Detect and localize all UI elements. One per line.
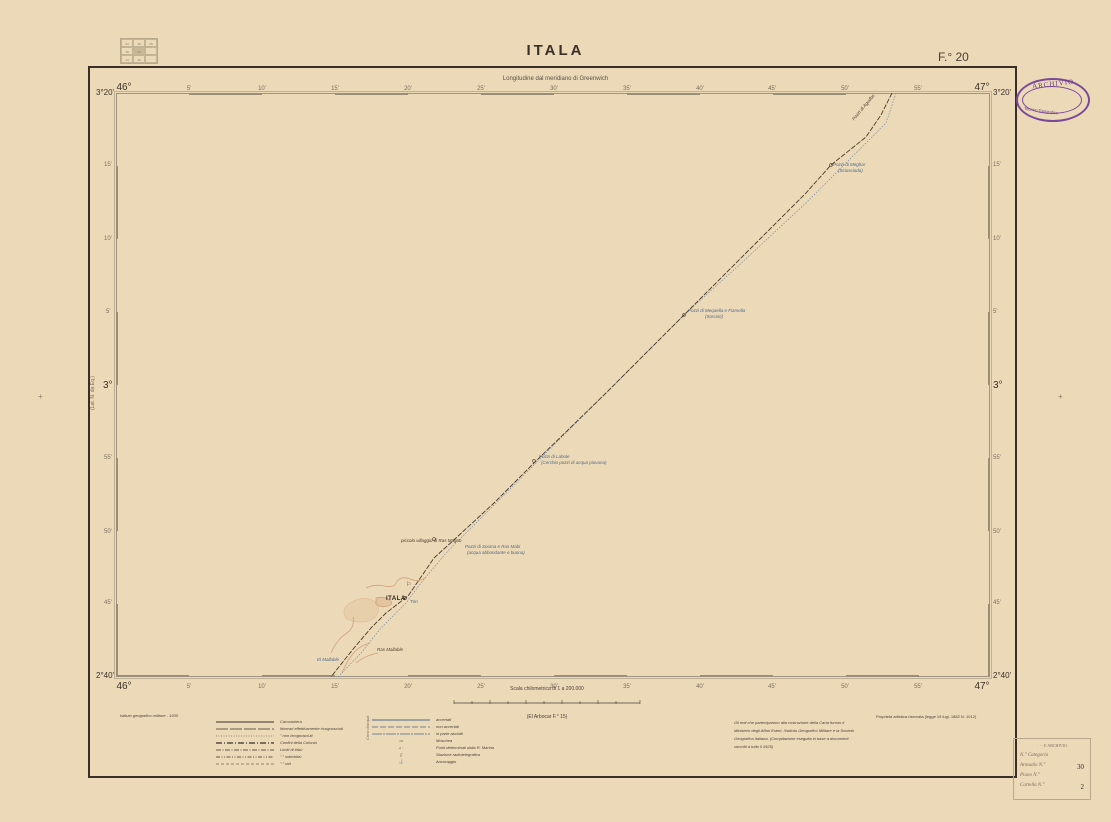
- bottom-tick: 55': [914, 684, 922, 690]
- legend-symbol: [372, 732, 430, 736]
- left-tick: 3°20': [96, 88, 114, 97]
- right-tick: 55': [993, 455, 1001, 461]
- right-tick: 15': [993, 162, 1001, 168]
- top-tick: 40': [696, 86, 704, 92]
- archive-box-title: · · · E ARCHIVIO: [1020, 743, 1084, 753]
- legend-label: Ancoraggio: [436, 759, 456, 764]
- legend-symbol: [216, 762, 274, 766]
- legend-item: ▭ Moschea: [372, 737, 494, 744]
- anchor-icon: ⚓: [372, 759, 430, 764]
- legend-label: " " rari: [280, 761, 291, 766]
- place-label: Pozzi di Meqaella e Fiarsella: [688, 308, 745, 313]
- legend-item: ▯ Stazione radiotelegrafica: [372, 751, 494, 758]
- map-body: ⚐: [116, 93, 990, 677]
- legend-label: Confini della Colonia: [280, 740, 317, 745]
- legend-item: non accertati: [372, 723, 494, 730]
- archive-row: Piano N.°: [1020, 773, 1084, 783]
- legend-symbol: [372, 718, 430, 722]
- legend-symbol: [216, 748, 274, 752]
- place-label: Pozzi di Meghar: [833, 162, 865, 167]
- place-label: Pozzi di Sooma e Ras Mabi: [465, 544, 520, 549]
- scale-title: Scala chilometrica di 1 a 200.000: [452, 686, 642, 692]
- mosque-icon: ▭: [372, 738, 430, 743]
- legend-symbol: [216, 720, 274, 724]
- graticule-bars: [116, 94, 989, 677]
- legend-symbol: [216, 741, 274, 745]
- left-tick: 5': [106, 309, 110, 315]
- archive-row: Armadio N.°30: [1020, 763, 1084, 773]
- legend-label: in parte asciutti: [436, 731, 463, 736]
- bottom-tick: 20': [404, 684, 412, 690]
- copyright-note: Proprietà artistica riservata (legge 19 …: [876, 714, 976, 719]
- bottom-tick: 47°: [974, 681, 989, 692]
- top-tick: 10': [258, 86, 266, 92]
- place-label: Tòn: [410, 599, 418, 604]
- legend-item: " " rari: [216, 760, 343, 767]
- coastline: [338, 93, 896, 677]
- archive-row-label: Armadio N.°: [1020, 763, 1045, 773]
- archive-row: Cartella N.°2: [1020, 783, 1084, 793]
- radio-station-icon: ▯: [372, 752, 430, 757]
- bottom-tick: 45': [768, 684, 776, 690]
- scale-ruler: [452, 699, 642, 705]
- place-label: piccolo villaggio di Ras Magno: [401, 538, 462, 543]
- survey-point-icon: ▵ ·: [372, 745, 430, 750]
- place-sublabel: (Sorcinti): [705, 314, 723, 319]
- place-label: Pozzi di Lahole: [539, 454, 570, 459]
- top-tick: 55': [914, 86, 922, 92]
- survey-note: Istituto geografico militare - 1930: [120, 713, 178, 718]
- top-tick: 46°: [116, 82, 131, 93]
- archive-row-label: Piano N.°: [1020, 773, 1040, 783]
- bottom-tick: 46°: [116, 681, 131, 692]
- top-tick: 50': [841, 86, 849, 92]
- legend-label: " " sottotribù: [280, 754, 302, 759]
- archive-row-value: 30: [1077, 763, 1084, 773]
- place-label: El Mallable: [317, 657, 339, 662]
- credits-note: Gli enti che parteciparono alla costruzi…: [734, 719, 854, 751]
- left-tick: 10': [104, 236, 112, 242]
- right-tick: 50': [993, 529, 1001, 535]
- legend-group-label: Corsi d'acqua: [365, 716, 370, 740]
- right-tick: 3°: [993, 380, 1003, 391]
- place-sublabel: (Scioscioda): [838, 168, 863, 173]
- legend-item: ▵ · Punti determinati dalla R. Marina: [372, 744, 494, 751]
- legend-item: " non ricognosciuti: [216, 732, 343, 739]
- legend-symbol: [216, 734, 274, 738]
- legend-symbol: [216, 755, 274, 759]
- legend-symbol: [216, 727, 274, 731]
- legend-label: accertati: [436, 717, 451, 722]
- town-label-itala: ITALA: [386, 596, 406, 602]
- registration-mark-icon: +: [38, 392, 43, 401]
- archive-row-label: N.° Categoria: [1020, 753, 1048, 763]
- left-tick: 45': [104, 600, 112, 606]
- scale-bar: Scala chilometrica di 1 a 200.000 (El Ar…: [452, 686, 642, 720]
- legend-item: Carovaniera: [216, 718, 343, 725]
- top-tick: 35': [623, 86, 631, 92]
- archive-catalog-box: · · · E ARCHIVIO N.° Categoria Armadio N…: [1013, 738, 1091, 800]
- right-tick: 5': [993, 309, 997, 315]
- bottom-tick: 40': [696, 684, 704, 690]
- top-tick: 45': [768, 86, 776, 92]
- legend-label: Punti determinati dalla R. Marina: [436, 745, 494, 750]
- bottom-tick: 50': [841, 684, 849, 690]
- top-tick: 20': [404, 86, 412, 92]
- legend-item: Confini della Colonia: [216, 739, 343, 746]
- top-tick: 25': [477, 86, 485, 92]
- right-tick: 2°40': [993, 671, 1011, 680]
- legend-label: " non ricognosciuti: [280, 733, 313, 738]
- legend-item: in parte asciutti: [372, 730, 494, 737]
- legend-label: Moschea: [436, 738, 452, 743]
- top-tick: 47°: [974, 82, 989, 93]
- archive-row-value: 2: [1081, 783, 1085, 793]
- left-tick: 55': [104, 455, 112, 461]
- legend-label: Stazione radiotelegrafica: [436, 752, 480, 757]
- top-tick: 15': [331, 86, 339, 92]
- left-tick: 2°40': [96, 671, 114, 680]
- archive-row: N.° Categoria: [1020, 753, 1084, 763]
- legend-item: ⚓ Ancoraggio: [372, 758, 494, 765]
- legend-item: Limiti di tribù: [216, 746, 343, 753]
- bottom-tick: 10': [258, 684, 266, 690]
- legend-label: Limiti di tribù: [280, 747, 302, 752]
- registration-mark-icon: +: [1058, 392, 1063, 401]
- caravan-route: [331, 93, 892, 677]
- sheet-number: F.° 20: [938, 50, 969, 64]
- right-tick: 10': [993, 236, 1001, 242]
- legend-symbol: [372, 725, 430, 729]
- top-tick: 5': [187, 86, 191, 92]
- legend-item: accertati: [372, 716, 494, 723]
- latitude-label: (Lat. N. da Eq.): [90, 376, 96, 410]
- legend-water: accertati non accertati in parte asciutt…: [372, 716, 494, 765]
- legend-routes: Carovaniera Itinerari effettivamente ric…: [216, 718, 343, 767]
- flag-icon: ⚐: [406, 581, 411, 588]
- legend-item: Itinerari effettivamente ricognosciuti: [216, 725, 343, 732]
- legend-label: non accertati: [436, 724, 459, 729]
- left-tick: 3°: [103, 380, 113, 391]
- archive-row-label: Cartella N.°: [1020, 783, 1045, 793]
- graticule-title: Longitudine dal meridiano di Greenwich: [0, 76, 1111, 82]
- bottom-tick: 15': [331, 684, 339, 690]
- left-tick: 50': [104, 529, 112, 535]
- legend-label: Itinerari effettivamente ricognosciuti: [280, 726, 343, 731]
- right-tick: 3°20': [993, 88, 1011, 97]
- place-sublabel: (Cerchio pozzi di acqua piovana): [541, 460, 607, 465]
- bottom-tick: 5': [187, 684, 191, 690]
- left-tick: 15': [104, 162, 112, 168]
- legend-item: " " sottotribù: [216, 753, 343, 760]
- place-sublabel: (acqua abbondante e buona): [467, 550, 525, 555]
- top-tick: 30': [550, 86, 558, 92]
- place-label: Ras Mallable: [377, 647, 403, 652]
- legend-label: Carovaniera: [280, 719, 302, 724]
- right-tick: 45': [993, 600, 1001, 606]
